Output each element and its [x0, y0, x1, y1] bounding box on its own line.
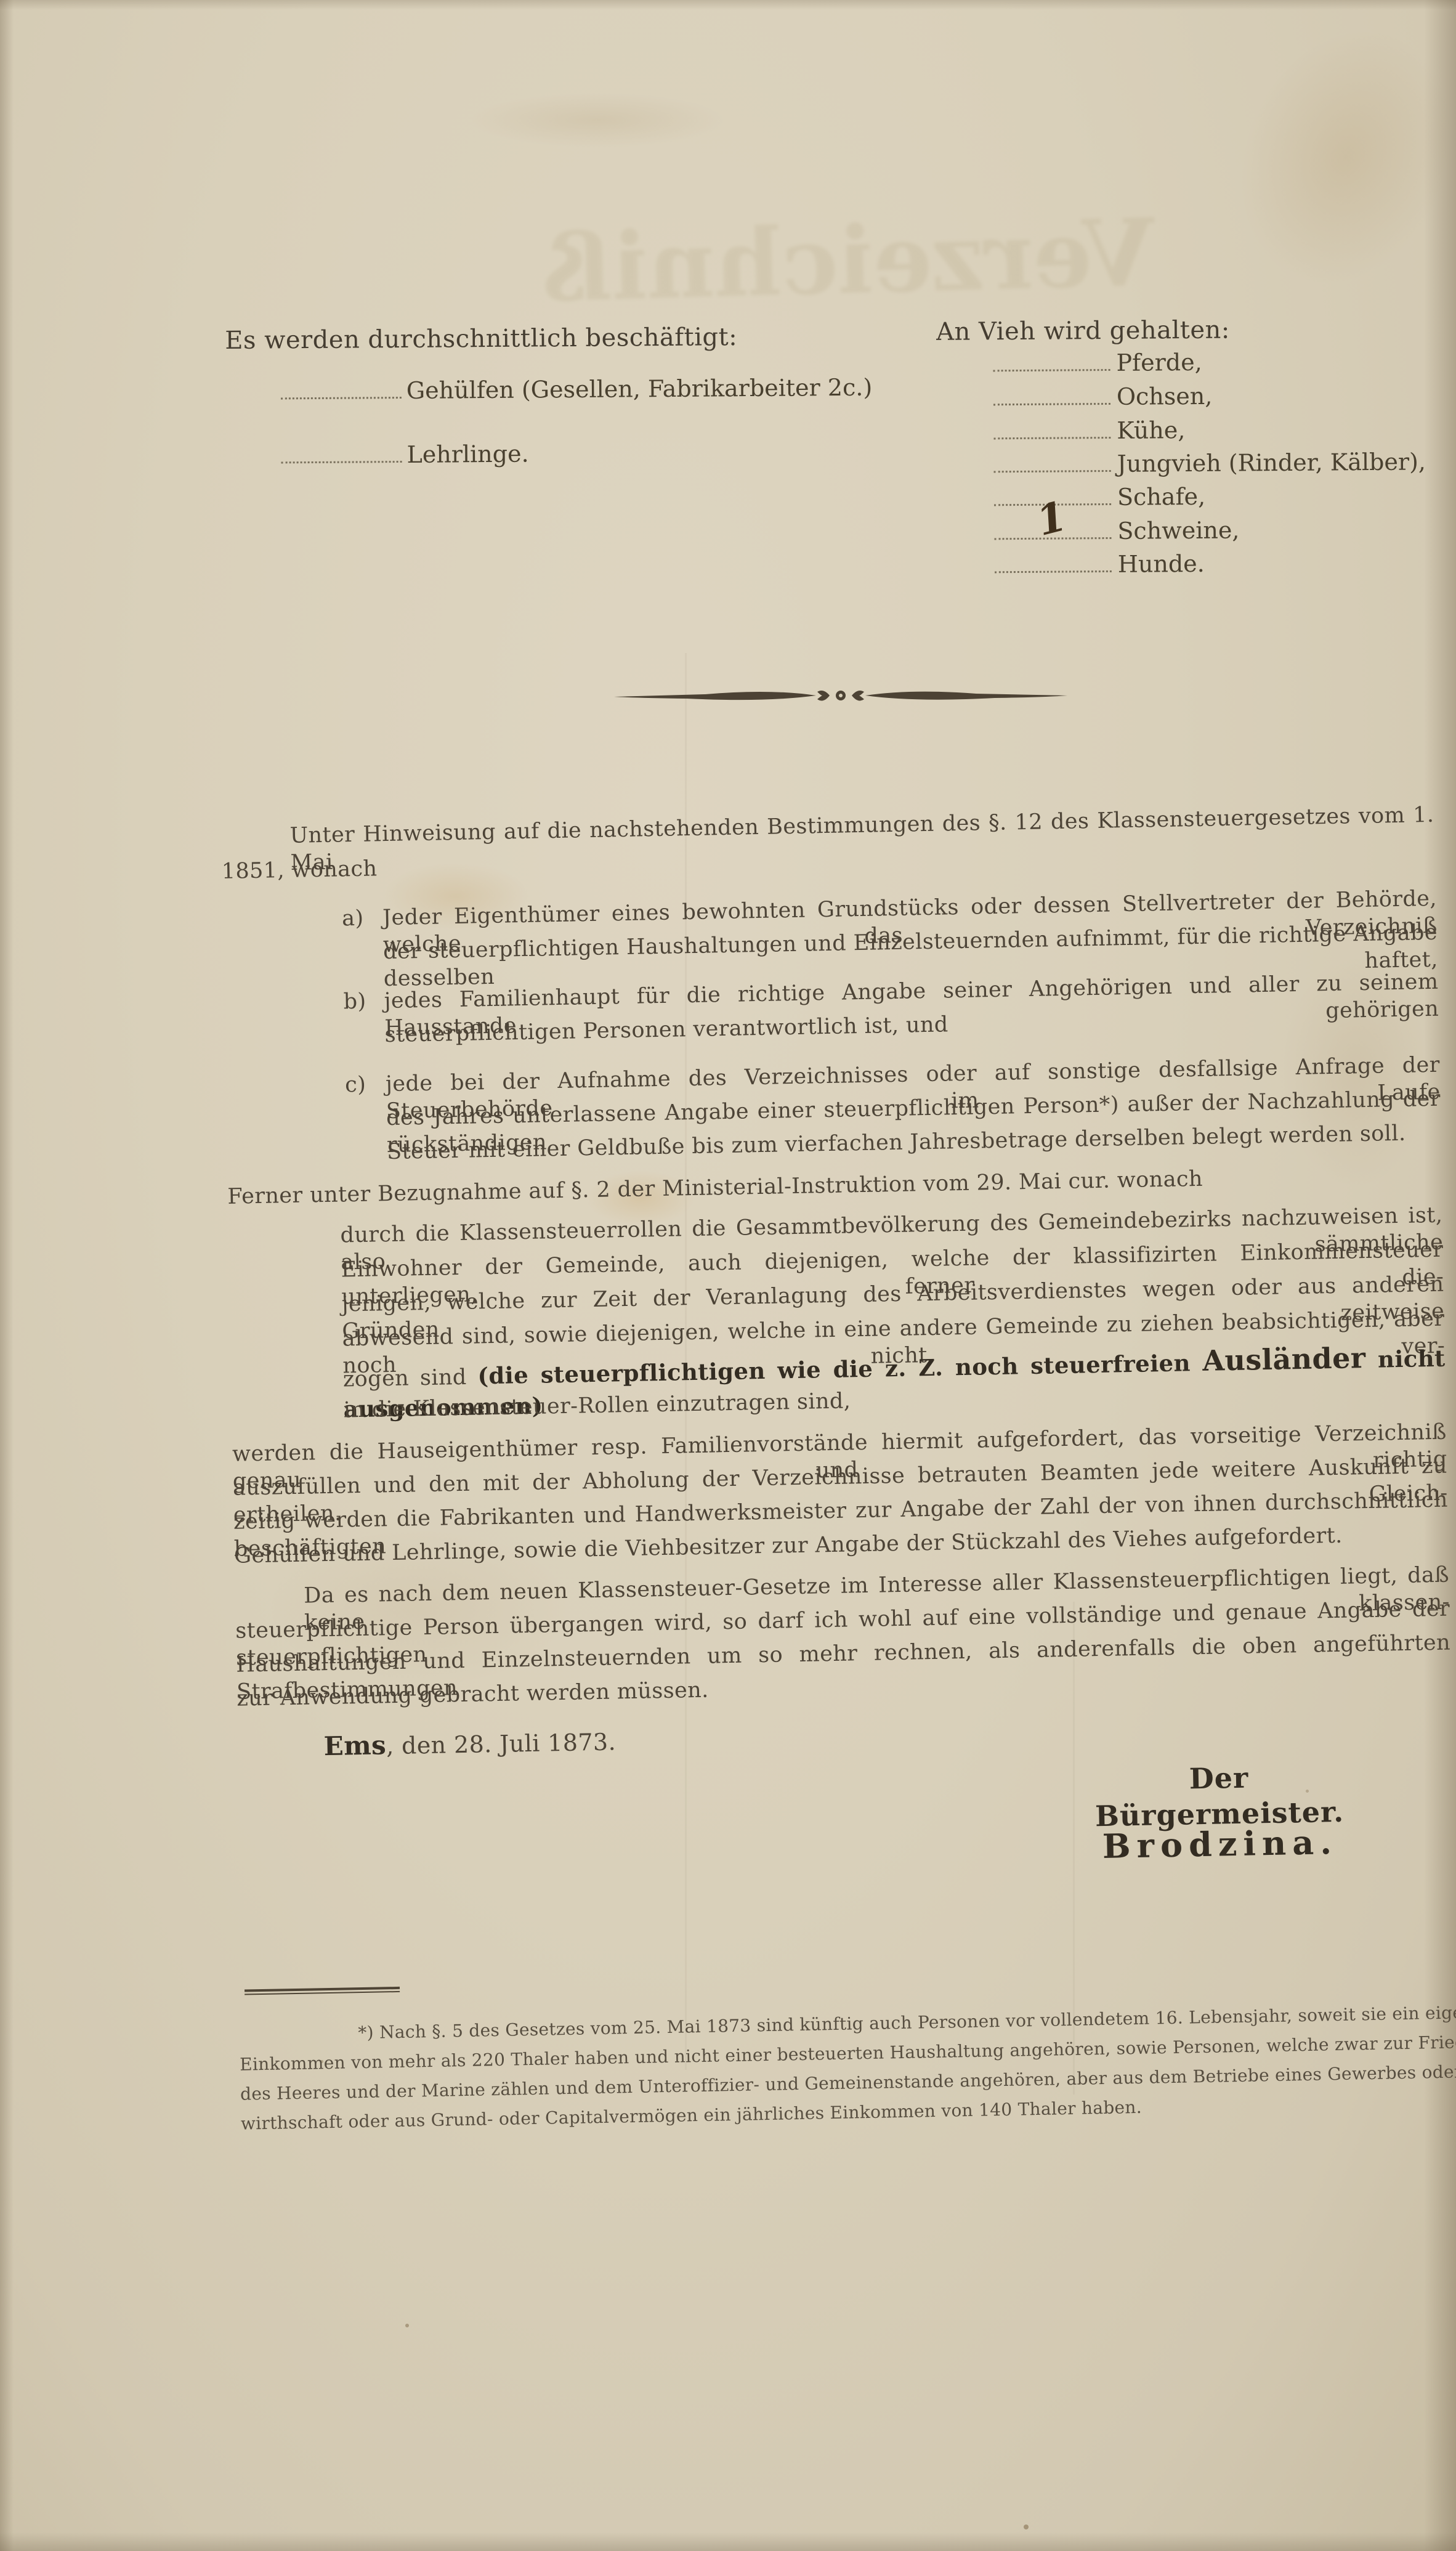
livestock-label: Schafe,	[1117, 483, 1205, 511]
livestock-row: Hunde.	[995, 549, 1205, 580]
livestock-label: Schweine,	[1117, 517, 1239, 545]
scanned-document-page: Verzeichniß Es werden durchschnittlich b…	[0, 0, 1456, 2551]
livestock-label: Hunde.	[1118, 550, 1205, 578]
dotted-leader	[993, 449, 1110, 472]
employment-row: Lehrlinge.	[281, 439, 528, 471]
employment-row: Gehülfen (Gesellen, Fabrikarbeiter 2c.)	[281, 373, 873, 407]
scan-edge-shadow	[0, 0, 14, 2551]
stain	[468, 92, 727, 148]
livestock-row: Kühe,	[993, 415, 1185, 447]
dotted-leader	[281, 440, 402, 463]
body-line-prefix: zogen sind	[343, 1365, 478, 1392]
bleed-through-title: Verzeichniß	[541, 195, 1157, 326]
stain	[1202, 0, 1456, 318]
dotted-leader	[993, 382, 1110, 405]
livestock-label: Jungvieh (Rinder, Kälber),	[1117, 448, 1426, 477]
body-line: Unter Hinweisung auf die nachstehenden B…	[289, 802, 1434, 877]
dotted-leader	[995, 550, 1112, 573]
scan-edge-shadow	[0, 2533, 1456, 2551]
bold-segment: (die steuerpflichtigen wie die z. Z. noc…	[477, 1349, 1203, 1390]
employment-label: Gehülfen (Gesellen, Fabrikarbeiter 2c.)	[406, 374, 873, 404]
dotted-leader	[993, 348, 1110, 371]
livestock-row: 1Schweine,	[994, 516, 1239, 547]
divider-ornament	[613, 683, 1069, 710]
dotted-leader	[281, 376, 402, 399]
item-label-a: a)	[342, 906, 364, 933]
livestock-label: Pferde,	[1116, 349, 1202, 376]
item-label-c: c)	[345, 1072, 366, 1099]
livestock-row: Ochsen,	[993, 381, 1213, 413]
scan-edge-shadow	[0, 0, 1456, 10]
date-rest: , den 28. Juli 1873.	[386, 1728, 617, 1759]
body-line: 1851, wonach	[221, 856, 377, 885]
body-text-section: Unter Hinweisung auf die nachstehenden B…	[0, 0, 1441, 4]
item-label-b: b)	[343, 989, 366, 1016]
top-form-section: Es werden durchschnittlich beschäftigt: …	[0, 0, 1454, 2]
employment-label: Lehrlinge.	[406, 440, 528, 468]
livestock-row: Jungvieh (Rinder, Kälber),	[993, 447, 1426, 479]
employment-heading: Es werden durchschnittlich beschäftigt:	[225, 322, 737, 356]
footnote-rule	[245, 1987, 400, 1995]
date-line: Ems, den 28. Juli 1873.	[323, 1725, 616, 1762]
body-line: Ferner unter Bezugnahme auf §. 2 der Min…	[227, 1166, 1203, 1211]
signature-name: Brodzina.	[1096, 1822, 1343, 1868]
livestock-row: Schafe,	[994, 482, 1205, 513]
livestock-label: Ochsen,	[1117, 383, 1213, 410]
date-place: Ems	[323, 1730, 386, 1761]
dotted-leader	[993, 416, 1110, 439]
livestock-label: Kühe,	[1117, 416, 1185, 444]
livestock-row: Pferde,	[993, 347, 1202, 379]
livestock-heading: An Vieh wird gehalten:	[936, 315, 1230, 347]
bold-segment-auslaender: Ausländer	[1202, 1341, 1366, 1377]
